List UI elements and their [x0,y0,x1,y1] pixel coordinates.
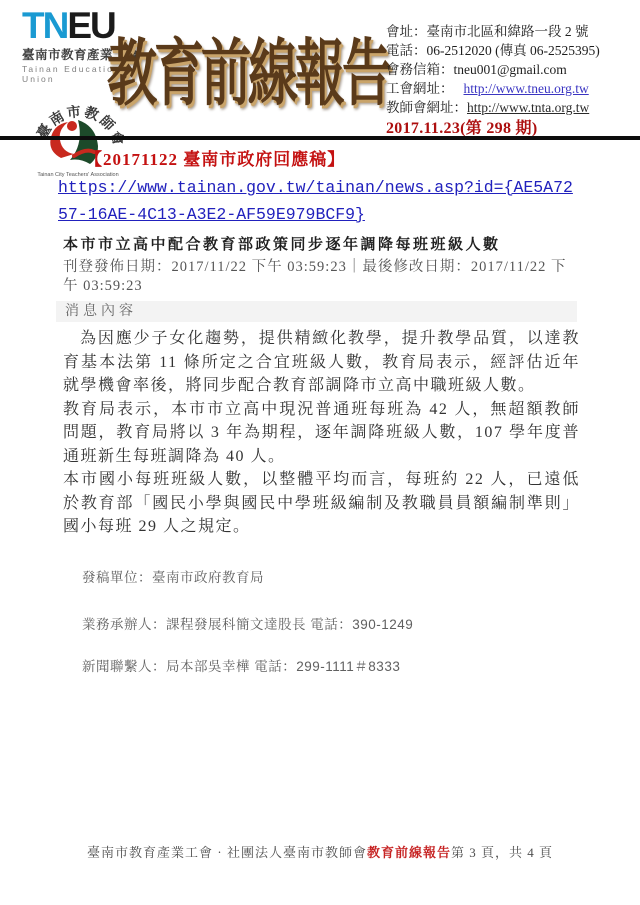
news-title: 本市市立高中配合教育部政策同步逐年調降每班班級人數 [63,235,579,255]
union-website-link[interactable]: http://www.tneu.org.tw [464,81,589,96]
footer-brand-text: 教育前線報告 [367,845,451,860]
section-label-message-content: 消息內容 [56,301,577,322]
association-website-link[interactable]: http://www.tnta.org.tw [467,100,589,115]
contact-block: 會址：臺南市北區和緯路一段 2 號 電話：06-2512020 (傳真 06-2… [386,22,634,138]
contact-assoc-site: 教師會網址：http://www.tnta.org.tw [386,98,634,117]
contact-phone-label: 電話： [386,43,427,58]
publish-date-line: 刊登發佈日期：2017/11/22 下午 03:59:23｜最後修改日期：201… [63,258,579,296]
news-url-link[interactable]: https://www.tainan.gov.tw/tainan/news.as… [58,174,582,228]
page-footer: 臺南市教育產業工會‧社團法人臺南市教師會教育前線報告第 3 頁，共 4 頁 [0,842,640,861]
contact-phone: 電話：06-2512020 (傳真 06-2525395) [386,41,634,60]
article-body: 為因應少子女化趨勢，提供精緻化教學，提升教學品質，以達教育基本法第 11 條所定… [63,327,580,539]
press-issuer: 發稿單位：臺南市政府教育局 [82,566,640,586]
press-handler: 業務承辦人：課程發展科簡文達股長 電話：390-1249 [82,613,640,633]
contact-phone-value: 06-2512020 (傳真 06-2525395) [427,43,600,58]
contact-email-value: tneu001@gmail.com [454,62,567,77]
contact-address: 會址：臺南市北區和緯路一段 2 號 [386,22,634,41]
header-divider [0,136,640,140]
contact-address-value: 臺南市北區和緯路一段 2 號 [427,24,589,39]
article: 【20171122 臺南市政府回應稿】 https://www.tainan.g… [0,141,640,675]
masthead-title: 教育前線報告 [106,16,390,120]
contact-assoc-site-label: 教師會網址： [386,100,467,115]
contact-email-label: 會務信箱： [386,62,454,77]
contact-email: 會務信箱：tneu001@gmail.com [386,60,634,79]
footer-org-text: 臺南市教育產業工會‧社團法人臺南市教師會 [87,845,367,860]
paragraph-2: 教育局表示，本市市立高中現況普通班每班為 42 人，無超額教師問題，教育局將以 … [63,398,580,469]
press-media-contact: 新聞聯繫人：局本部吳幸樺 電話：299-1111＃8333 [82,655,640,675]
tneu-wordmark-tn: TN [22,5,67,46]
contact-address-label: 會址： [386,24,427,39]
newsletter-page: TNEU 臺南市教育產業工會 Tainan Education Union 臺南… [0,0,640,905]
reply-heading: 【20171122 臺南市政府回應稿】 [85,145,640,170]
paragraph-1: 為因應少子女化趨勢，提供精緻化教學，提升教學品質，以達教育基本法第 11 條所定… [63,327,580,398]
footer-page-number: 第 3 頁，共 4 頁 [451,845,553,860]
paragraph-3: 本市國小每班班級人數，以整體平均而言，每班約 22 人，已遠低於教育部「國民小學… [63,468,580,539]
contact-union-site: 工會網址：http://www.tneu.org.tw [386,79,634,98]
contact-union-site-label: 工會網址： [386,81,454,96]
